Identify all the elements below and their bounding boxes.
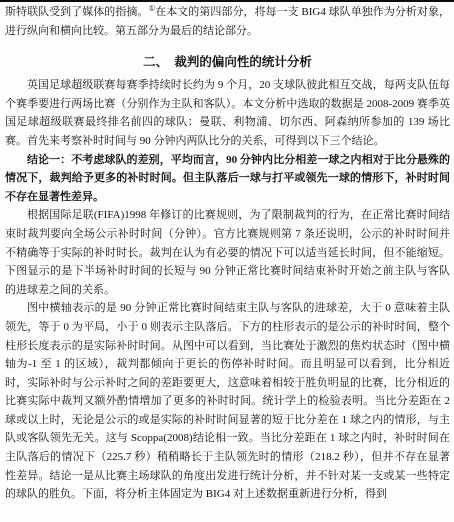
paragraph-figure-analysis: 图中横轴表示的是 90 分钟正常比赛时间结束主队与客队的进球差，大于 0 意味着…	[5, 299, 450, 504]
intro-continuation-paragraph: 斯特联队受到了媒体的指摘。①在本文的第四部分，将每一支 BIG4 球队单独作为分…	[5, 3, 450, 40]
section-heading: 二、 裁判的偏向性的统计分析	[5, 53, 450, 72]
intro-text-before-footnote: 斯特联队受到了媒体的指摘。	[5, 6, 148, 18]
paragraph-league-overview: 英国足球超级联赛每赛季持续时长约为 9 个月，20 支球队彼此相互交战，每两支队…	[5, 76, 450, 150]
paragraph-conclusion-one: 结论一：不考虑球队的差别，平均而言，90 分钟内比分相差一球之内相对于比分悬殊的…	[5, 151, 450, 207]
paragraph-fifa-rules: 根据国际足联(FIFA)1998 年修订的比赛规则，为了限制裁判的行为，在正常比…	[5, 206, 450, 299]
document-page: 斯特联队受到了媒体的指摘。①在本文的第四部分，将每一支 BIG4 球队单独作为分…	[0, 0, 454, 522]
